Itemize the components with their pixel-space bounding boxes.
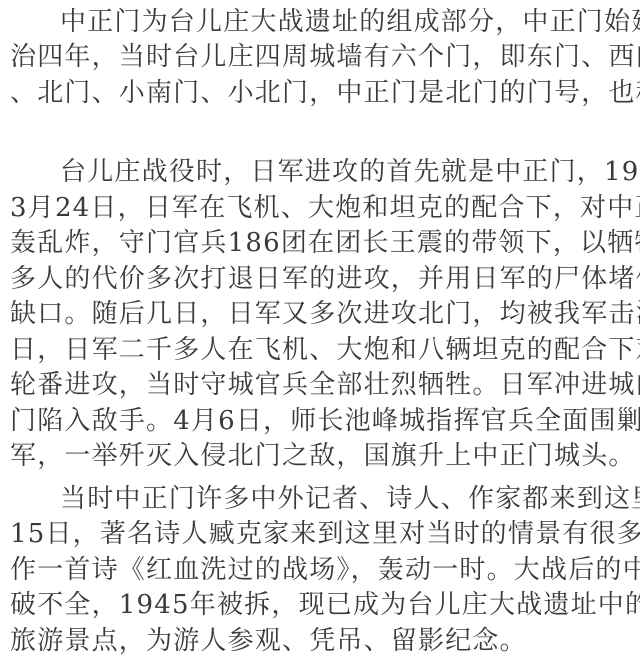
paragraph-line: 3月24日，日军在飞机、大炮和坦克的配合下，对中正门狂 [10, 191, 640, 225]
paragraph-line: 轮番进攻，当时守城官兵全部壮烈牺牲。日军冲进城内，中正 [10, 368, 640, 402]
paragraph-line: 治四年，当时台儿庄四周城墙有六个门，即东门、西门、南门 [10, 40, 640, 74]
paragraph-line: 中正门为台儿庄大战遗址的组成部分，中正门始建于清顺 [60, 5, 640, 39]
paragraph-line: 作一首诗《红血洗过的战场》，轰动一时。大战后的中正门残 [10, 553, 640, 587]
paragraph-line: 破不全，1945年被拆，现已成为台儿庄大战遗址中的一个 [10, 588, 640, 622]
paragraph-line: 日，日军二千多人在飞机、大炮和八辆坦克的配合下对中正门 [10, 333, 640, 367]
paragraph-line: 台儿庄战役时，日军进攻的首先就是中正门，1938年 [60, 155, 640, 189]
paragraph-line: 、北门、小南门、小北门，中正门是北门的门号，也称大门。 [10, 76, 640, 110]
paragraph-line: 军，一举歼灭入侵北门之敌，国旗升上中正门城头。 [10, 439, 636, 473]
paragraph-line: 15日，著名诗人臧克家来到这里对当时的情景有很多感慨， [10, 517, 640, 551]
article-document: 中正门为台儿庄大战遗址的组成部分，中正门始建于清顺 治四年，当时台儿庄四周城墙有… [0, 0, 640, 666]
paragraph-line: 缺口。随后几日，日军又多次进攻北门，均被我军击溃。27 [10, 297, 640, 331]
paragraph-line: 门陷入敌手。4月6日，师长池峰城指挥官兵全面围剿城内日 [10, 404, 640, 438]
paragraph-line: 当时中正门许多中外记者、诗人、作家都来到这里，4月 [60, 482, 640, 516]
paragraph-line: 多人的代价多次打退日军的进攻，并用日军的尸体堵住城墙的 [10, 262, 640, 296]
paragraph-line: 轰乱炸，守门官兵186团在团长王震的带领下，以牺牲三百 [10, 226, 640, 260]
paragraph-line: 旅游景点，为游人参观、凭吊、留影纪念。 [10, 624, 527, 658]
